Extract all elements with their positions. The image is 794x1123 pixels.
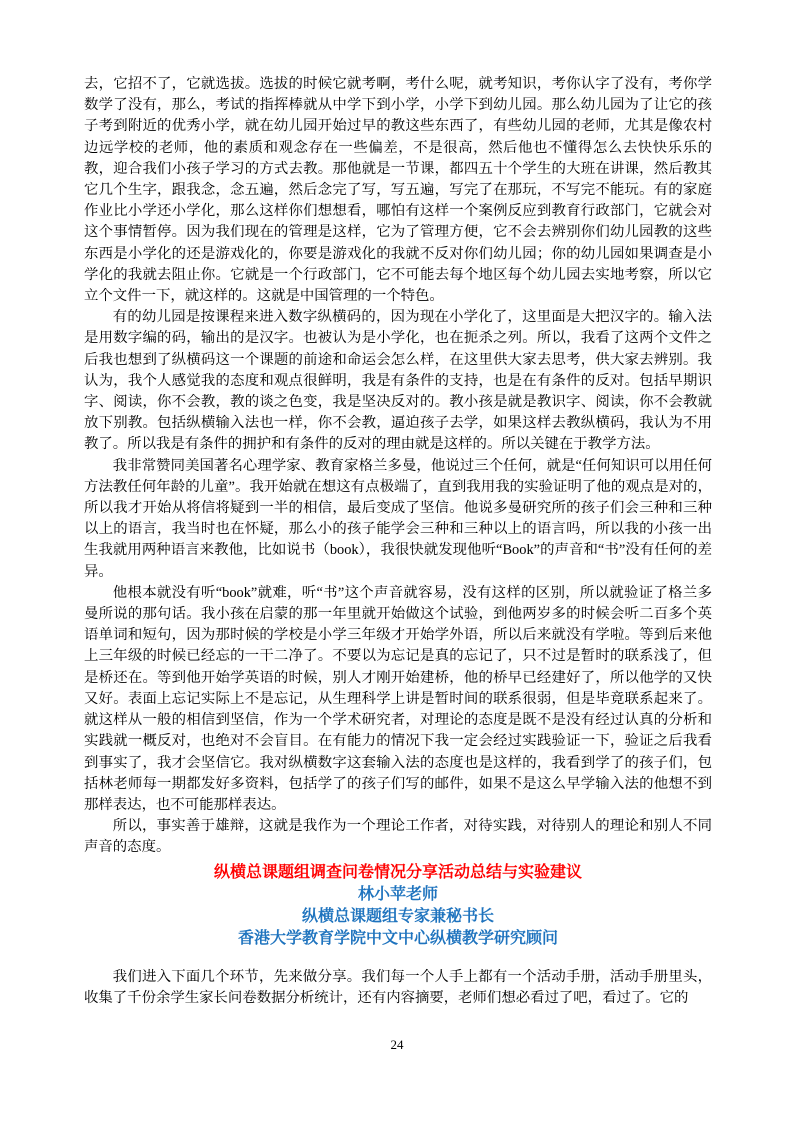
body-paragraph-2: 有的幼儿园是按课程来进入数字纵横码的，因为现在小学化了，这里面是大把汉字的。输入… (84, 307, 712, 455)
speaker-role-secretary: 纵横总课题组专家兼秘书长 (84, 906, 712, 928)
page-number: 24 (0, 1037, 794, 1053)
body-paragraph-1: 去，它招不了，它就选拔。选拔的时候它就考啊，考什么呢，就考知识，考你认字了没有，… (84, 74, 712, 307)
document-page: 去，它招不了，它就选拔。选拔的时候它就考啊，考什么呢，就考知识，考你认字了没有，… (0, 0, 794, 1123)
page-content: 去，它招不了，它就选拔。选拔的时候它就考啊，考什么呢，就考知识，考你认字了没有，… (84, 74, 712, 1009)
section-title: 纵横总课题组调查问卷情况分享活动总结与实验建议 (84, 862, 712, 884)
body-paragraph-5: 所以，事实善于雄辩，这就是我作为一个理论工作者，对待实践，对待别人的理论和别人不… (84, 816, 712, 858)
speaker-name: 林小苹老师 (84, 884, 712, 906)
body-paragraph-6: 我们进入下面几个环节，先来做分享。我们每一个人手上都有一个活动手册，活动手册里头… (84, 967, 712, 1009)
speaker-role-advisor: 香港大学教育学院中文中心纵横教学研究顾问 (84, 928, 712, 950)
section-heading-block: 纵横总课题组调查问卷情况分享活动总结与实验建议 林小苹老师 纵横总课题组专家兼秘… (84, 862, 712, 950)
body-paragraph-4: 他根本就没有听“book”就难，听“书”这个声音就容易，没有这样的区别，所以就验… (84, 583, 712, 816)
body-paragraph-3: 我非常赞同美国著名心理学家、教育家格兰多曼，他说过三个任何，就是“任何知识可以用… (84, 456, 712, 583)
